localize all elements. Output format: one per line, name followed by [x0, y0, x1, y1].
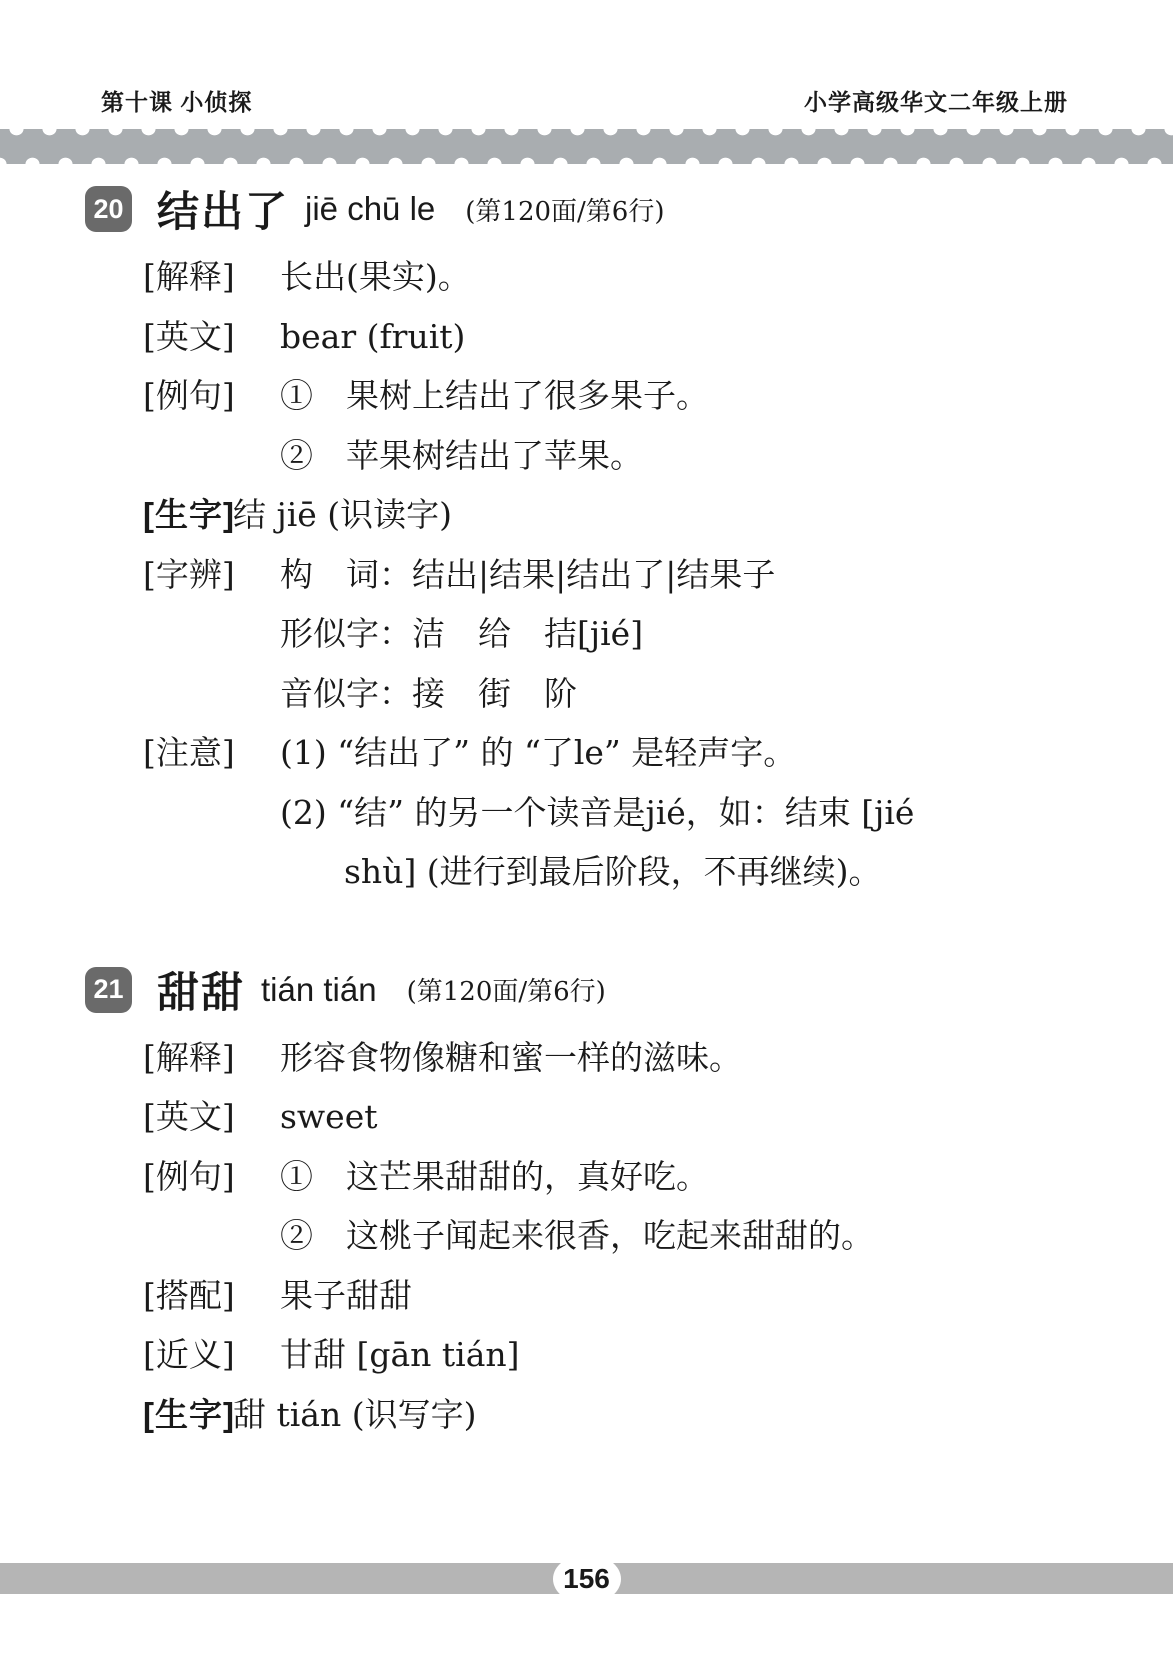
row-text: ① 果树上结出了很多果子。 — [280, 366, 709, 426]
row-text: ① 这芒果甜甜的，真好吃。 — [280, 1147, 709, 1207]
row-label: [例句] — [143, 1147, 280, 1207]
entry-row: [近义]甘甜 [gān tián] — [143, 1325, 1123, 1385]
entry-number-badge: 20 — [85, 186, 132, 232]
entry-row: [生字]结 jiē (识读字) — [143, 485, 1123, 545]
entry-page-ref: (第120面/第6行) — [465, 191, 664, 228]
row-label: [解释] — [143, 1028, 280, 1088]
footer-band: 156 — [0, 1563, 1173, 1594]
row-text: sweet — [280, 1087, 378, 1147]
entry-row: shù] (进行到最后阶段，不再继续)。 — [143, 842, 1123, 902]
row-text: ② 这桃子闻起来很香，吃起来甜甜的。 — [280, 1206, 874, 1266]
row-label: [生字] — [143, 485, 233, 545]
row-label: [解释] — [143, 247, 280, 307]
entry-pinyin: jiē chū le — [305, 190, 435, 228]
entry-row: [生字]甜 tián (识写字) — [143, 1385, 1123, 1445]
entry-row: [字辨]构 词：结出|结果|结出了|结果子 — [143, 545, 1123, 605]
entry-row: [解释]形容食物像糖和蜜一样的滋味。 — [143, 1028, 1123, 1088]
row-text: 结 jiē (识读字) — [233, 485, 452, 545]
row-label: [生字] — [143, 1385, 233, 1445]
row-text: bear (fruit) — [280, 307, 465, 367]
entry-row: (2) “结” 的另一个读音是jié，如：结束 [jié — [143, 783, 1123, 843]
row-text: 形容食物像糖和蜜一样的滋味。 — [280, 1028, 742, 1088]
entry-head: 20 结出了 jiē chū le (第120面/第6行) — [85, 183, 1123, 235]
vocab-entry-20: 20 结出了 jiē chū le (第120面/第6行) [解释]长出(果实)… — [85, 183, 1123, 902]
page-content: 20 结出了 jiē chū le (第120面/第6行) [解释]长出(果实)… — [85, 183, 1123, 1444]
row-text: (2) “结” 的另一个读音是jié，如：结束 [jié — [280, 783, 914, 843]
row-label: [字辨] — [143, 545, 280, 605]
textbook-page: 第十课 小侦探 小学高级华文二年级上册 20 结出了 jiē chū le (第… — [0, 0, 1173, 1655]
entry-pinyin: tián tián — [261, 971, 377, 1009]
entry-row: [搭配]果子甜甜 — [143, 1266, 1123, 1326]
entry-row: [英文]sweet — [143, 1087, 1123, 1147]
row-label: [注意] — [143, 723, 280, 783]
row-text: shù] (进行到最后阶段，不再继续)。 — [280, 842, 882, 902]
row-text: 甘甜 [gān tián] — [280, 1325, 520, 1385]
entry-row: 形似字：洁 给 拮[jié] — [143, 604, 1123, 664]
row-label: [例句] — [143, 366, 280, 426]
entry-number-badge: 21 — [85, 967, 132, 1013]
entry-row: 音似字：接 街 阶 — [143, 664, 1123, 724]
entry-rows: [解释]形容食物像糖和蜜一样的滋味。[英文]sweet[例句]① 这芒果甜甜的，… — [143, 1028, 1123, 1445]
row-label: [搭配] — [143, 1266, 280, 1326]
row-text: 构 词：结出|结果|结出了|结果子 — [280, 545, 775, 605]
row-label: [英文] — [143, 1087, 280, 1147]
entry-row: [英文]bear (fruit) — [143, 307, 1123, 367]
page-header: 第十课 小侦探 小学高级华文二年级上册 — [101, 84, 1068, 117]
row-text: (1) “结出了” 的 “了le” 是轻声字。 — [280, 723, 796, 783]
entry-row: ② 苹果树结出了苹果。 — [143, 426, 1123, 486]
row-label: [近义] — [143, 1325, 280, 1385]
row-text: 果子甜甜 — [280, 1266, 412, 1326]
row-label: [英文] — [143, 307, 280, 367]
header-book-title: 小学高级华文二年级上册 — [804, 84, 1068, 117]
entry-row: [解释]长出(果实)。 — [143, 247, 1123, 307]
page-number: 156 — [563, 1563, 610, 1595]
entry-headword: 甜甜 — [157, 960, 245, 1020]
entry-row: [例句]① 这芒果甜甜的，真好吃。 — [143, 1147, 1123, 1207]
entry-row: [例句]① 果树上结出了很多果子。 — [143, 366, 1123, 426]
row-text: 形似字：洁 给 拮[jié] — [280, 604, 643, 664]
vocab-entry-21: 21 甜甜 tián tián (第120面/第6行) [解释]形容食物像糖和蜜… — [85, 964, 1123, 1445]
entry-rows: [解释]长出(果实)。[英文]bear (fruit)[例句]① 果树上结出了很… — [143, 247, 1123, 902]
decorative-scallop-border — [0, 129, 1173, 164]
page-number-badge: 156 — [553, 1554, 621, 1604]
entry-row: [注意](1) “结出了” 的 “了le” 是轻声字。 — [143, 723, 1123, 783]
row-text: ② 苹果树结出了苹果。 — [280, 426, 643, 486]
row-text: 音似字：接 街 阶 — [280, 664, 577, 724]
entry-headword: 结出了 — [157, 179, 289, 239]
entry-page-ref: (第120面/第6行) — [407, 971, 606, 1008]
row-text: 甜 tián (识写字) — [233, 1385, 476, 1445]
row-text: 长出(果实)。 — [280, 247, 471, 307]
entry-row: ② 这桃子闻起来很香，吃起来甜甜的。 — [143, 1206, 1123, 1266]
entry-head: 21 甜甜 tián tián (第120面/第6行) — [85, 964, 1123, 1016]
header-lesson-title: 第十课 小侦探 — [101, 84, 252, 117]
